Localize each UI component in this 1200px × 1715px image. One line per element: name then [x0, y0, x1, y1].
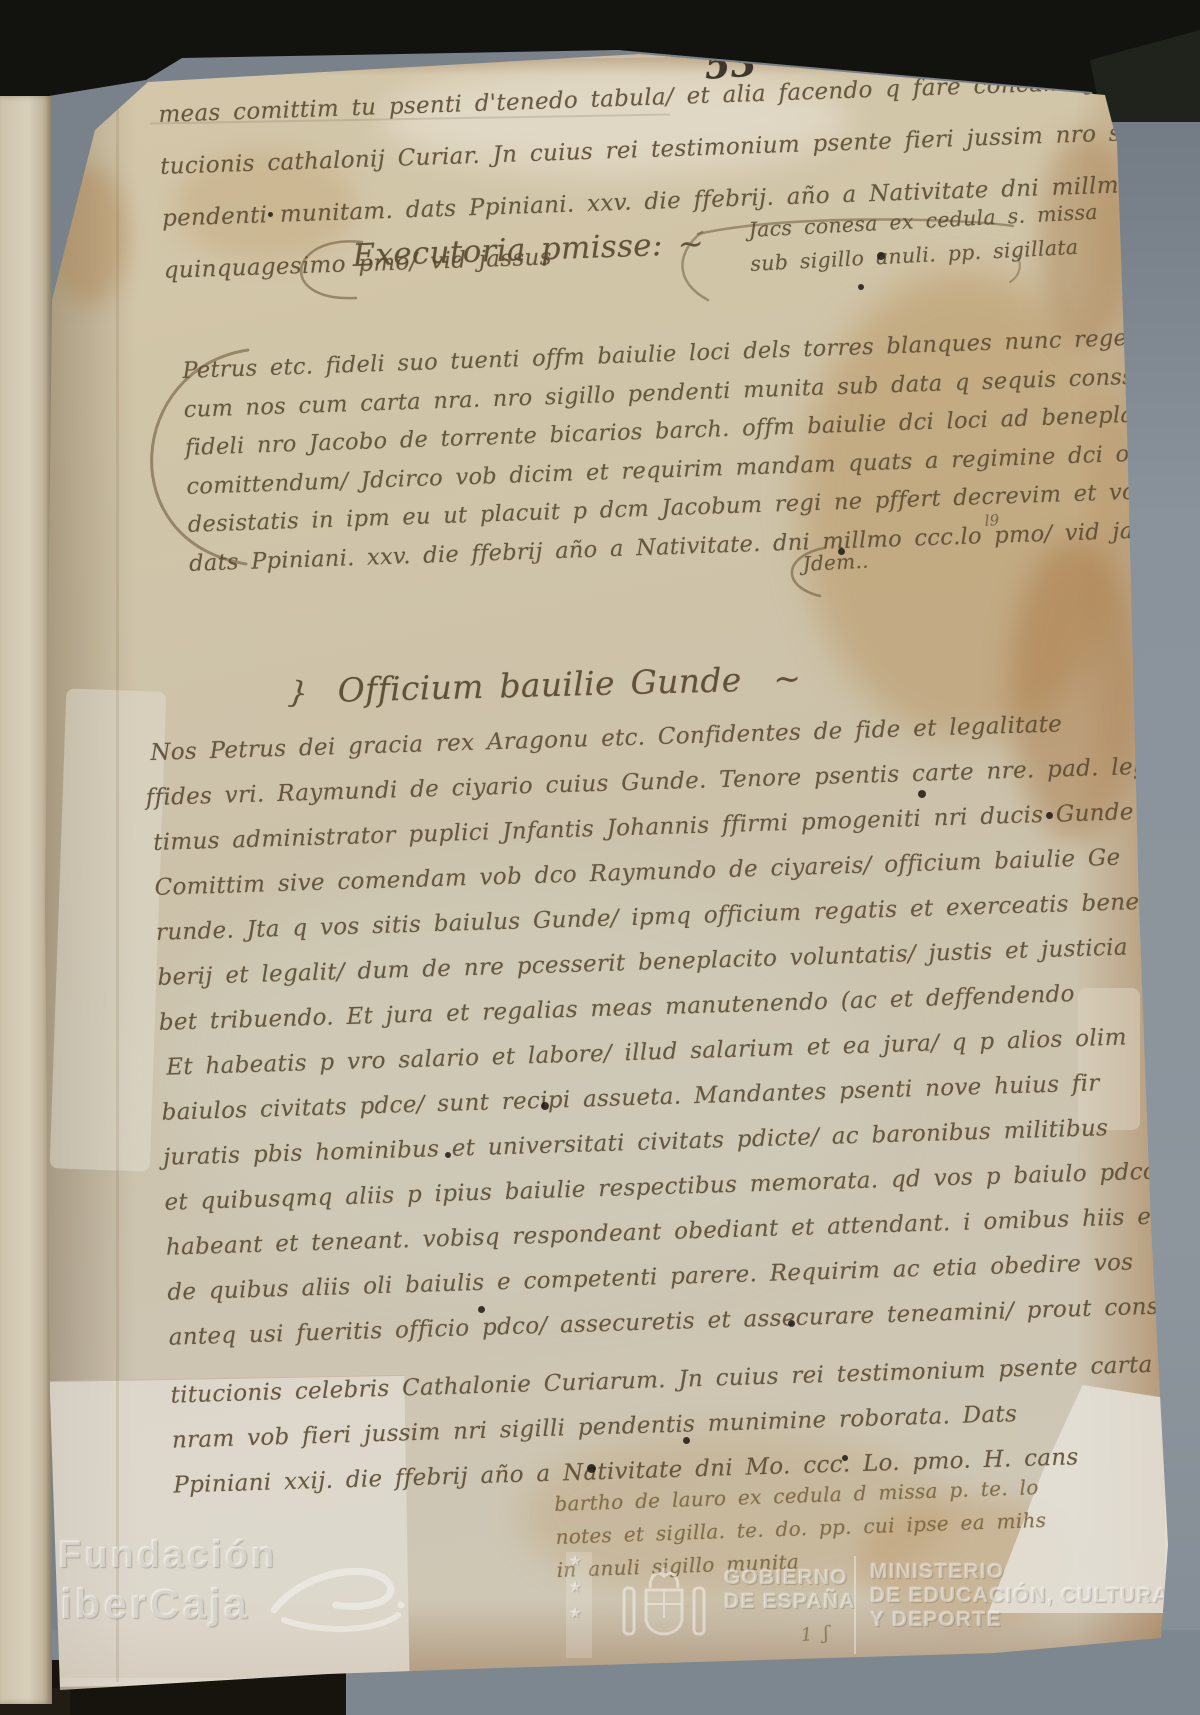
idem-mark: Jdem.. [802, 549, 869, 576]
gobierno-watermark-line1: GOBIERNO [724, 1566, 848, 1590]
star-icon: ★ [570, 1606, 582, 1620]
fundacion-watermark-line1: Fundación [58, 1534, 277, 1577]
heading-officium-trail: ~ [773, 659, 802, 699]
star-icon: ★ [570, 1554, 582, 1568]
paragraph-grant: Nos Petrus dei gracia rex Aragonu etc. C… [150, 706, 1200, 1517]
underpage-edge-strip [0, 96, 52, 1704]
patch-left-margin [50, 688, 167, 1171]
manuscript-page: lmy 53 meas comittim tu psenti d'tenedo … [0, 0, 1200, 1715]
gobierno-watermark-line2: DE ESPAÑA [724, 1590, 856, 1614]
ministerio-watermark-line1: MINISTERIO [870, 1560, 1005, 1584]
correction-mark: l9 [984, 511, 1000, 530]
stray-ink-marks: 1 ʃ [800, 1623, 830, 1646]
watermark-divider [854, 1556, 856, 1654]
fundacion-watermark-line2: iberCaja [60, 1580, 250, 1628]
ibercaja-swash-icon [268, 1558, 408, 1643]
heading-officium-flourish: } [287, 675, 310, 712]
star-icon: ★ [570, 1580, 582, 1594]
spain-coat-of-arms-icon [616, 1560, 712, 1646]
ministerio-watermark-line3: Y DEPORTE [870, 1608, 1002, 1632]
ministerio-watermark-line2: DE EDUCACIÓN, CULTURA [870, 1584, 1169, 1608]
paragraph-petrus-letter: Petrus etc. fideli suo tuenti offm baiul… [182, 319, 1200, 589]
manuscript-scan: lmy 53 meas comittim tu psenti d'tenedo … [0, 0, 1200, 1715]
crease-vertical [116, 92, 119, 1682]
